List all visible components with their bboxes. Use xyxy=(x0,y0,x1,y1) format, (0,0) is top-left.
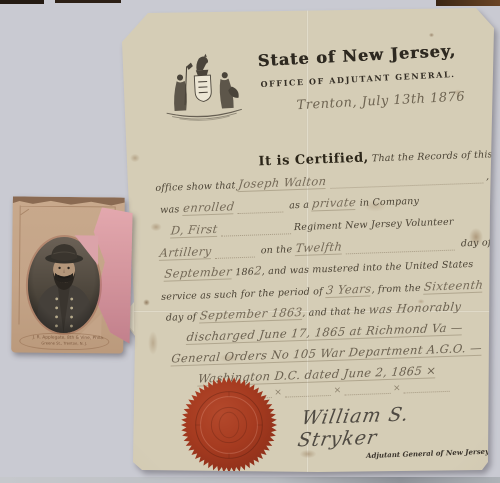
foxing-stain xyxy=(128,152,142,164)
ruled-blank xyxy=(345,248,455,255)
foxing-stain xyxy=(146,326,160,360)
printed-text: , xyxy=(486,171,490,182)
printed-text: day of xyxy=(166,312,200,324)
printed-text: in Company xyxy=(356,196,419,209)
handwritten-text: discharged June 17, 1865 at Richmond Va … xyxy=(186,320,464,345)
handwritten-text: Twelfth xyxy=(295,239,343,256)
form-line: D, FirstRegiment New Jersey Volunteer xyxy=(171,212,491,238)
printed-text: 186 xyxy=(232,267,254,279)
handwritten-text: Artillery xyxy=(159,244,212,261)
printed-text: as a xyxy=(286,200,313,212)
ruled-blank xyxy=(215,255,255,259)
handwritten-text: was Honorably xyxy=(368,299,462,316)
new-jersey-state-seal-engraving xyxy=(158,44,248,132)
printed-text: office show that xyxy=(155,180,239,194)
imprint-line-1: J. R. Applegate, 8th & Vine, Phila. xyxy=(33,335,96,340)
letterhead: State of New Jersey, OFFICE OF ADJUTANT … xyxy=(246,40,469,115)
handwritten-regiment: First xyxy=(183,222,218,238)
form-line: was enrolled as a private in Company xyxy=(160,190,490,217)
ruled-blank xyxy=(330,181,483,189)
form-line: It is Certified, That the Records of thi… xyxy=(258,146,488,169)
crossout-mark: × xyxy=(393,384,401,394)
foxing-stain xyxy=(428,32,435,38)
handwritten-text: September xyxy=(164,264,233,281)
ruled-blank xyxy=(345,391,391,396)
crossout-mark: × xyxy=(334,386,342,396)
form-line: office show that Joseph Walton, xyxy=(155,168,489,195)
handwritten-text: September 1863 xyxy=(199,305,303,324)
table-edge-shadow xyxy=(55,0,121,3)
office-line: OFFICE OF ADJUTANT GENERAL. xyxy=(248,68,468,90)
handwritten-dateline: Trenton, July 13th 1876 xyxy=(249,89,469,115)
printed-text: Regiment New Jersey Volunteer xyxy=(294,217,454,234)
table-edge-shadow xyxy=(0,0,44,4)
printed-text: , and was mustered into the United State… xyxy=(262,259,474,277)
handwritten-name: Joseph Walton xyxy=(238,174,328,192)
handwritten-text: private xyxy=(312,195,358,212)
signature-block: William S. Stryker Adjutant General of N… xyxy=(299,401,491,463)
printed-text: on the xyxy=(257,244,295,256)
handwritten-text: enrolled xyxy=(182,199,235,216)
printed-text: , from the xyxy=(371,283,424,296)
ruled-blank xyxy=(221,231,291,236)
imprint-line-2: Greene St., Trenton, N. J. xyxy=(37,342,92,346)
handwritten-text: 2 xyxy=(253,263,262,277)
handwritten-text: Sixteenth xyxy=(423,278,484,295)
foxing-stain xyxy=(142,298,151,307)
red-wafer-seal xyxy=(180,376,278,474)
certificate-document: State of New Jersey, OFFICE OF ADJUTANT … xyxy=(118,6,496,472)
ruled-blank xyxy=(285,393,331,398)
signature-name: William S. Stryker xyxy=(296,401,494,452)
certificate-paper: State of New Jersey, OFFICE OF ADJUTANT … xyxy=(118,6,496,472)
table-surface-strip xyxy=(0,477,500,483)
handwritten-text: 3 Years xyxy=(325,281,372,298)
state-title: State of New Jersey, xyxy=(246,40,467,70)
it-is-certified: It is Certified, xyxy=(258,151,369,170)
ruled-blank xyxy=(404,389,450,394)
printed-text: service as such for the period of xyxy=(161,286,326,303)
ruled-blank xyxy=(237,210,283,215)
printed-text: That the Records of this xyxy=(369,149,493,164)
certificate-body: It is Certified, That the Records of thi… xyxy=(154,136,497,407)
printed-text: was xyxy=(160,204,183,216)
photograph-scene: State of New Jersey, OFFICE OF ADJUTANT … xyxy=(0,0,500,483)
printed-text: , and that he xyxy=(302,306,369,319)
printed-text: day of xyxy=(458,237,492,249)
photographer-imprint: J. R. Applegate, 8th & Vine, Phila. Gree… xyxy=(19,332,109,350)
soldier-photo-card: J. R. Applegate, 8th & Vine, Phila. Gree… xyxy=(12,197,124,353)
photo-card-mount: J. R. Applegate, 8th & Vine, Phila. Gree… xyxy=(11,196,125,353)
form-line: September 1862, and was mustered into th… xyxy=(164,255,492,281)
